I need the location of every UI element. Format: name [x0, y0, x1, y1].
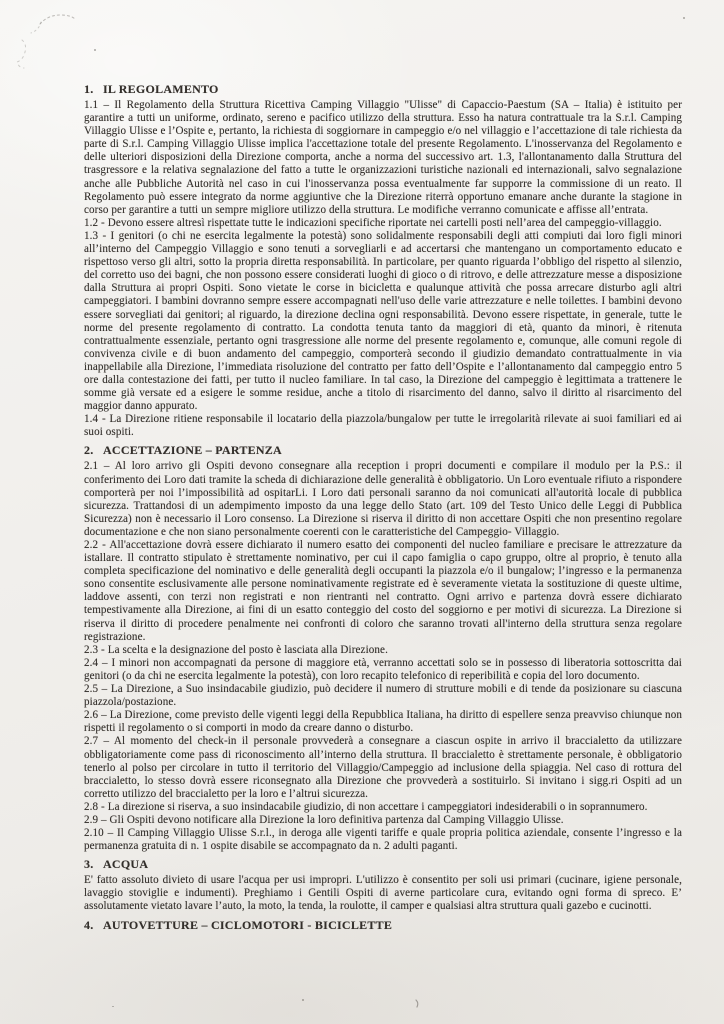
section-il-regolamento: 1. IL REGOLAMENTO 1.1 – Il Regolamento d…: [84, 82, 682, 439]
section-title: ACQUA: [103, 857, 148, 871]
paragraph-2-8: 2.8 - La direzione si riserva, a suo ins…: [84, 801, 682, 814]
paragraph-2-7: 2.7 – Al momento del check-in il persona…: [84, 735, 682, 800]
section-title: AUTOVETTURE – CICLOMOTORI - BICICLETTE: [103, 918, 392, 932]
paragraph-2-9: 2.9 – Gli Ospiti devono notificare alla …: [84, 814, 682, 827]
paragraph-2-5: 2.5 – La Direzione, a Suo insindacabile …: [84, 683, 682, 709]
section-heading: 1. IL REGOLAMENTO: [84, 82, 682, 96]
paragraph-2-1: 2.1 – Al loro arrivo gli Ospiti devono c…: [84, 460, 682, 539]
section-heading: 2. ACCETTAZIONE – PARTENZA: [84, 443, 682, 457]
paragraph-2-3: 2.3 - La scelta e la designazione del po…: [84, 644, 682, 657]
section-number: 2.: [84, 443, 103, 457]
section-heading: 4. AUTOVETTURE – CICLOMOTORI - BICICLETT…: [84, 918, 682, 932]
scan-speck: [302, 999, 304, 1001]
scan-speck: [94, 49, 96, 51]
section-title: ACCETTAZIONE – PARTENZA: [103, 443, 282, 457]
paragraph-1-3: 1.3 - I genitori (o chi ne esercita lega…: [84, 230, 682, 413]
section-title: IL REGOLAMENTO: [103, 82, 219, 96]
section-number: 4.: [84, 918, 103, 932]
paragraph-2-4: 2.4 – I minori non accompagnati da perso…: [84, 657, 682, 683]
paragraph-1-1: 1.1 – Il Regolamento della Struttura Ric…: [84, 99, 682, 217]
section-number: 3.: [84, 857, 103, 871]
paragraph-3-1: E' fatto assoluto divieto di usare l'acq…: [84, 874, 682, 913]
paragraph-2-2: 2.2 - All'accettazione dovrà essere dich…: [84, 539, 682, 644]
paragraph-2-6: 2.6 – La Direzione, come previsto delle …: [84, 709, 682, 735]
scanned-document-page: 1. IL REGOLAMENTO 1.1 – Il Regolamento d…: [0, 0, 724, 1024]
scan-speck: [683, 17, 685, 19]
section-heading: 3. ACQUA: [84, 857, 682, 871]
document-body: 1. IL REGOLAMENTO 1.1 – Il Regolamento d…: [84, 78, 682, 935]
scan-speck: [112, 1006, 114, 1007]
section-autovetture-ciclomotori-biciclette: 4. AUTOVETTURE – CICLOMOTORI - BICICLETT…: [84, 918, 682, 932]
paragraph-2-10: 2.10 – Il Camping Villaggio Ulisse S.r.l…: [84, 827, 682, 853]
section-number: 1.: [84, 82, 103, 96]
paragraph-1-4: 1.4 - La Direzione ritiene responsabile …: [84, 413, 682, 439]
paragraph-1-2: 1.2 - Devono essere altresì rispettate t…: [84, 217, 682, 230]
section-acqua: 3. ACQUA E' fatto assoluto divieto di us…: [84, 857, 682, 913]
section-accettazione-partenza: 2. ACCETTAZIONE – PARTENZA 2.1 – Al loro…: [84, 443, 682, 853]
